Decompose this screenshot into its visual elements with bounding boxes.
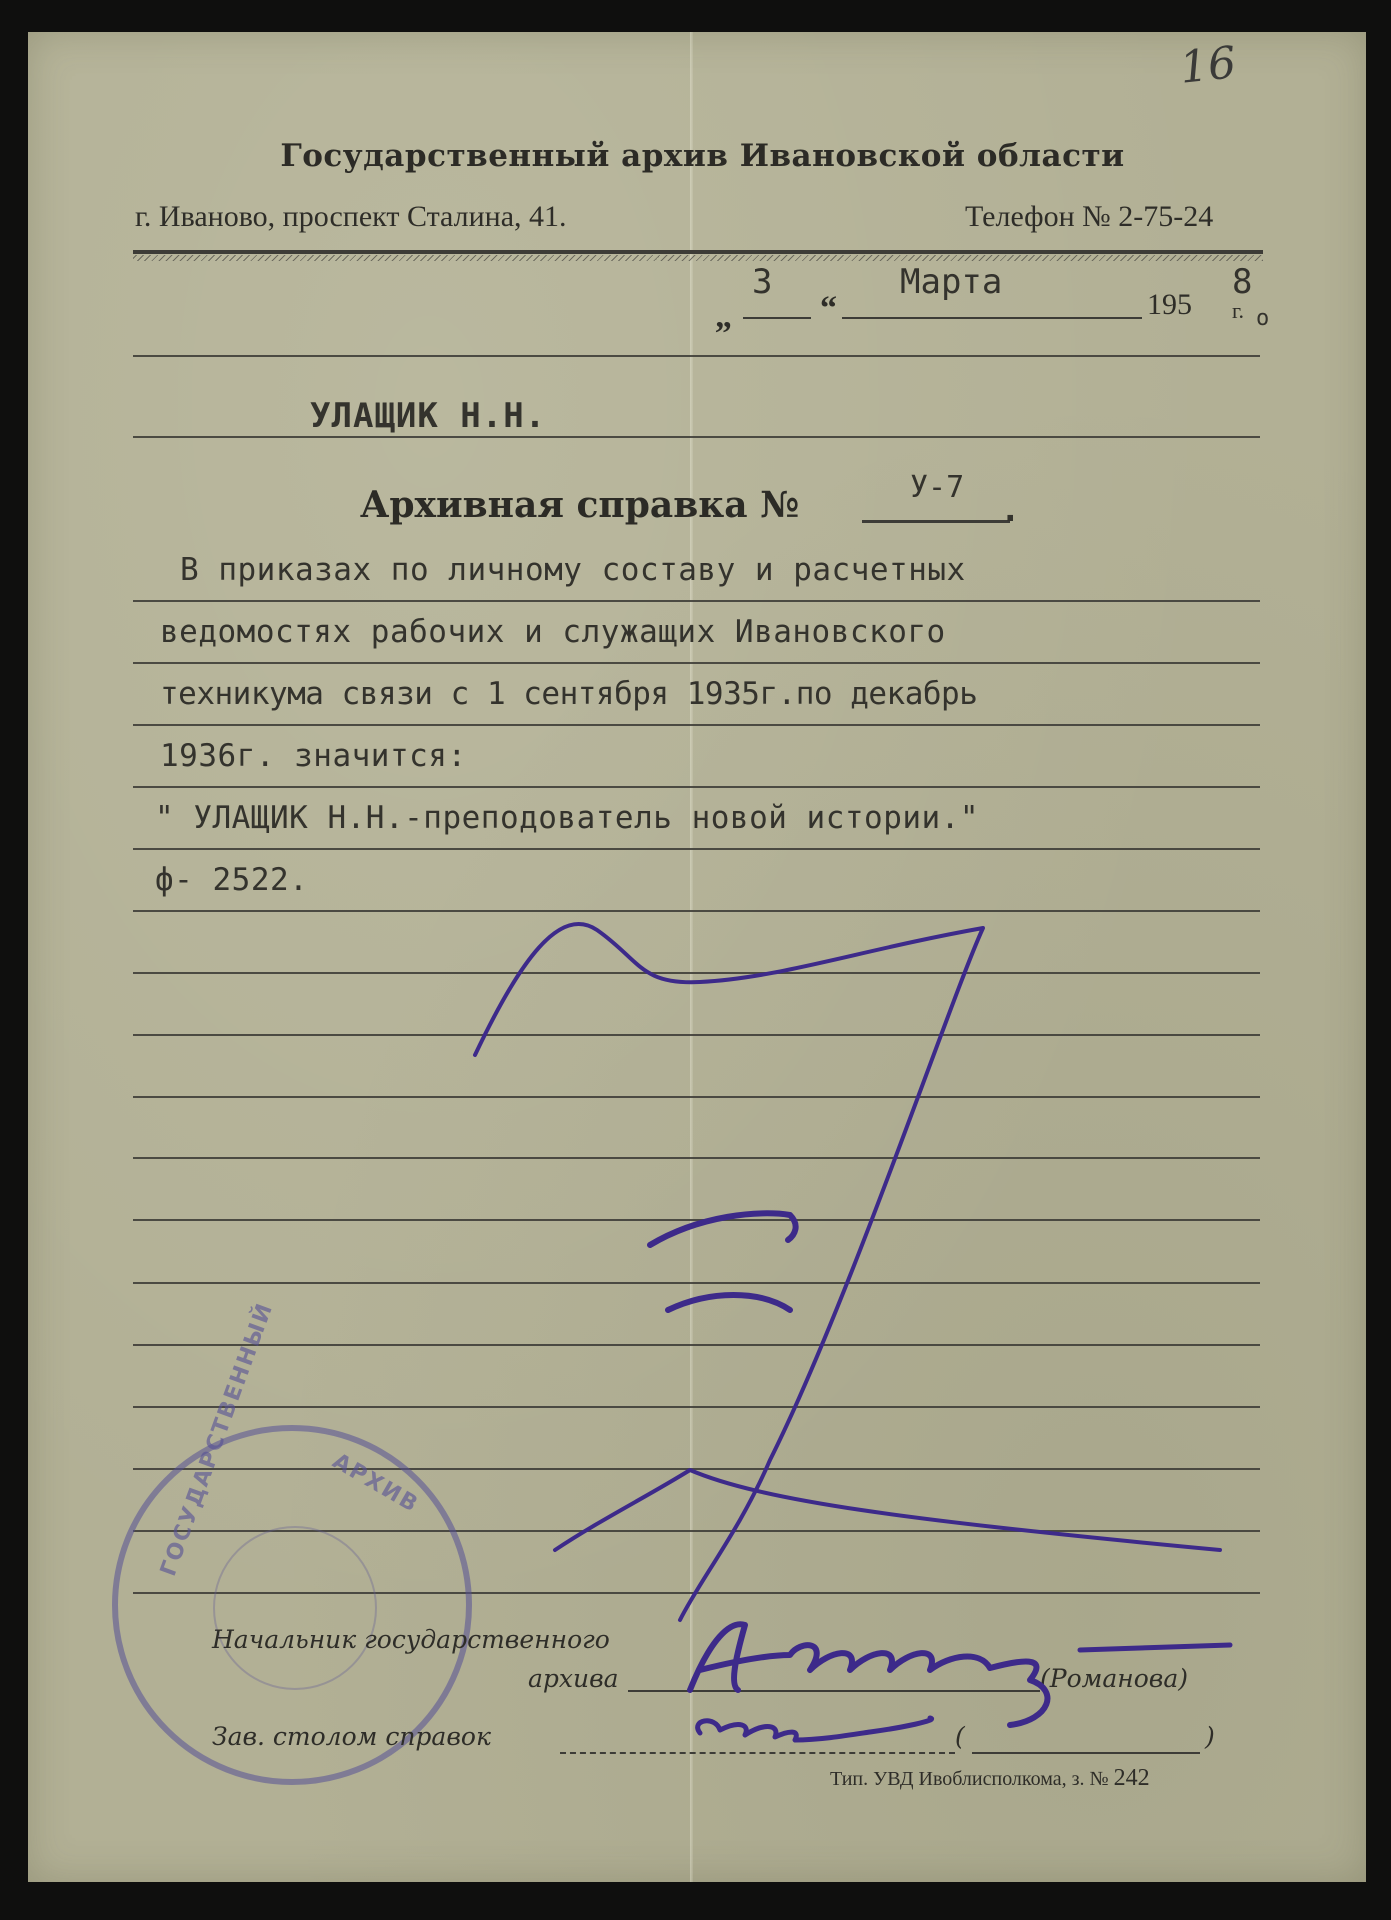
clerk-title-label: Зав. столом справок	[212, 1722, 491, 1751]
body-text-line: В приказах по личному составу и расчетны…	[180, 552, 966, 588]
ruled-line	[133, 786, 1260, 788]
ruled-line	[133, 662, 1260, 664]
date-year-digit: 8	[1232, 262, 1252, 302]
ruled-line	[133, 1219, 1260, 1221]
paper-fold-crease	[690, 32, 693, 1882]
printer-imprint-text: Тип. УВД Ивоблисполкома, з. №	[830, 1768, 1109, 1790]
date-day: 3	[752, 262, 772, 302]
date-day-line	[743, 317, 811, 319]
chief-name: (Романова)	[1040, 1664, 1188, 1693]
clerk-signature-line	[560, 1752, 955, 1754]
date-year-suffix: г.	[1232, 298, 1244, 324]
seal-emblem	[213, 1526, 377, 1690]
body-text-line: ведомостях рабочих и служащих Ивановског…	[160, 614, 946, 650]
letterhead-wavy-rule	[133, 255, 1263, 261]
ruled-line	[133, 600, 1260, 602]
ruled-line	[133, 436, 1260, 438]
organization-address: г. Иваново, проспект Сталина, 41.	[135, 200, 567, 234]
certificate-number-dot: .	[1000, 490, 1020, 530]
clerk-name-blank	[972, 1752, 1200, 1754]
certificate-title: Архивная справка №	[360, 484, 799, 526]
folio-number: 16	[1177, 37, 1238, 94]
printer-order-number: 242	[1114, 1765, 1150, 1791]
body-text-line: 1936г. значится:	[160, 738, 467, 774]
organization-phone: Телефон № 2-75-24	[965, 200, 1213, 234]
body-text-line: ф- 2522.	[155, 862, 308, 898]
ruled-line	[133, 355, 1260, 357]
chief-signature-line	[628, 1690, 1040, 1692]
date-month: Марта	[900, 262, 1002, 302]
body-text-line: " УЛАЩИК Н.Н.-преподователь новой истори…	[155, 800, 979, 836]
ruled-line	[133, 724, 1260, 726]
recipient-name: УЛАЩИК Н.Н.	[310, 396, 546, 436]
organization-title: Государственный архив Ивановской области	[0, 138, 1391, 174]
ruled-line	[133, 1282, 1260, 1284]
chief-title-label: Начальник государственного	[212, 1625, 610, 1654]
ruled-line	[133, 910, 1260, 912]
certificate-number: У-7	[910, 470, 964, 505]
date-month-line	[842, 317, 1142, 319]
ruled-line	[133, 1034, 1260, 1036]
date-year-extra: о	[1256, 306, 1269, 331]
printer-imprint: Тип. УВД Ивоблисполкома, з. № 242	[830, 1765, 1150, 1792]
ruled-line	[133, 972, 1260, 974]
ruled-line	[133, 1157, 1260, 1159]
ruled-line	[133, 1406, 1260, 1408]
ruled-line	[133, 848, 1260, 850]
ruled-line	[133, 1344, 1260, 1346]
body-text-line: техникума связи с 1 сентября 1935г.по де…	[160, 676, 977, 712]
chief-title-label-cont: архива	[528, 1664, 619, 1693]
date-quote-open: „	[715, 298, 732, 336]
clerk-name-open: (	[955, 1722, 965, 1751]
date-year-prefix: 195	[1147, 288, 1192, 322]
clerk-name-close: )	[1205, 1722, 1215, 1751]
date-quote-close: “	[820, 290, 837, 328]
certificate-number-line	[862, 520, 1010, 523]
ruled-line	[133, 1096, 1260, 1098]
letterhead-rule	[133, 250, 1263, 254]
